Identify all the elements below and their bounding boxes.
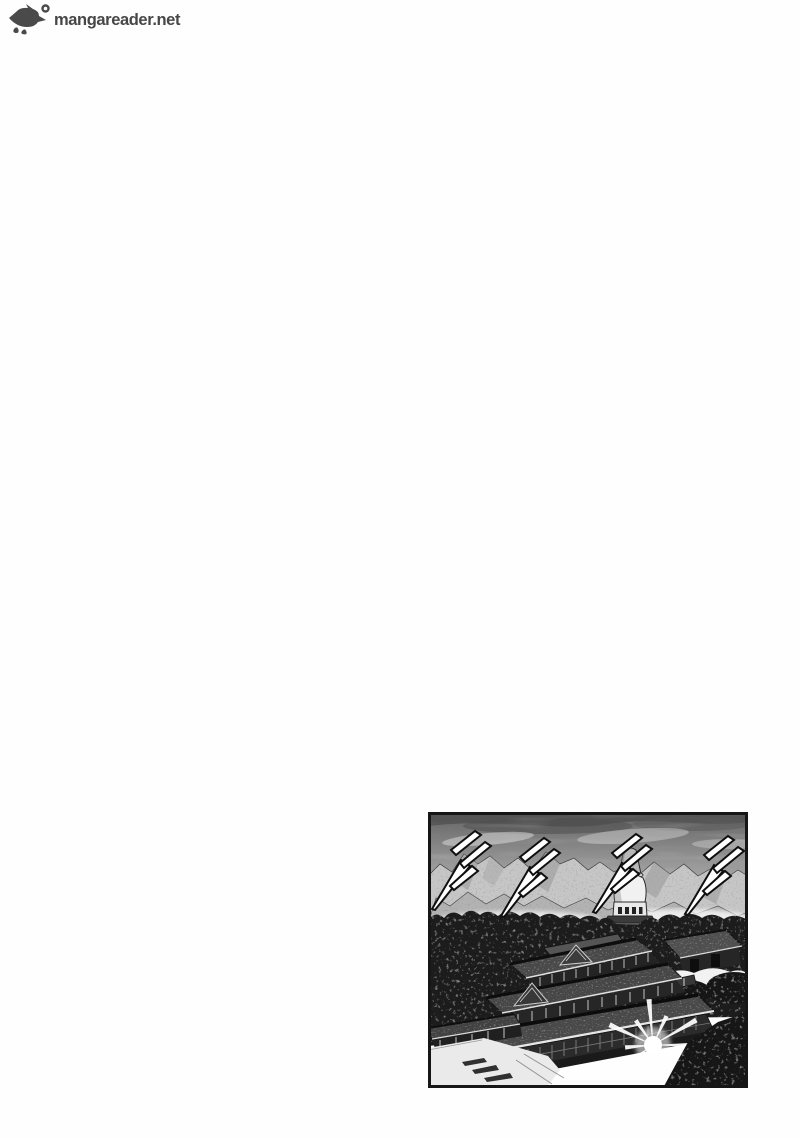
site-watermark: mangareader.net <box>7 4 180 34</box>
manga-panel <box>428 812 748 1088</box>
mascot-icon <box>7 3 51 35</box>
panel-artwork <box>428 812 748 1088</box>
manga-page-image[interactable]: mangareader.net <box>0 0 800 1138</box>
manga-reader-page: { "watermark": { "text": "mangareader.ne… <box>0 0 800 1138</box>
watermark-text: mangareader.net <box>54 3 180 35</box>
